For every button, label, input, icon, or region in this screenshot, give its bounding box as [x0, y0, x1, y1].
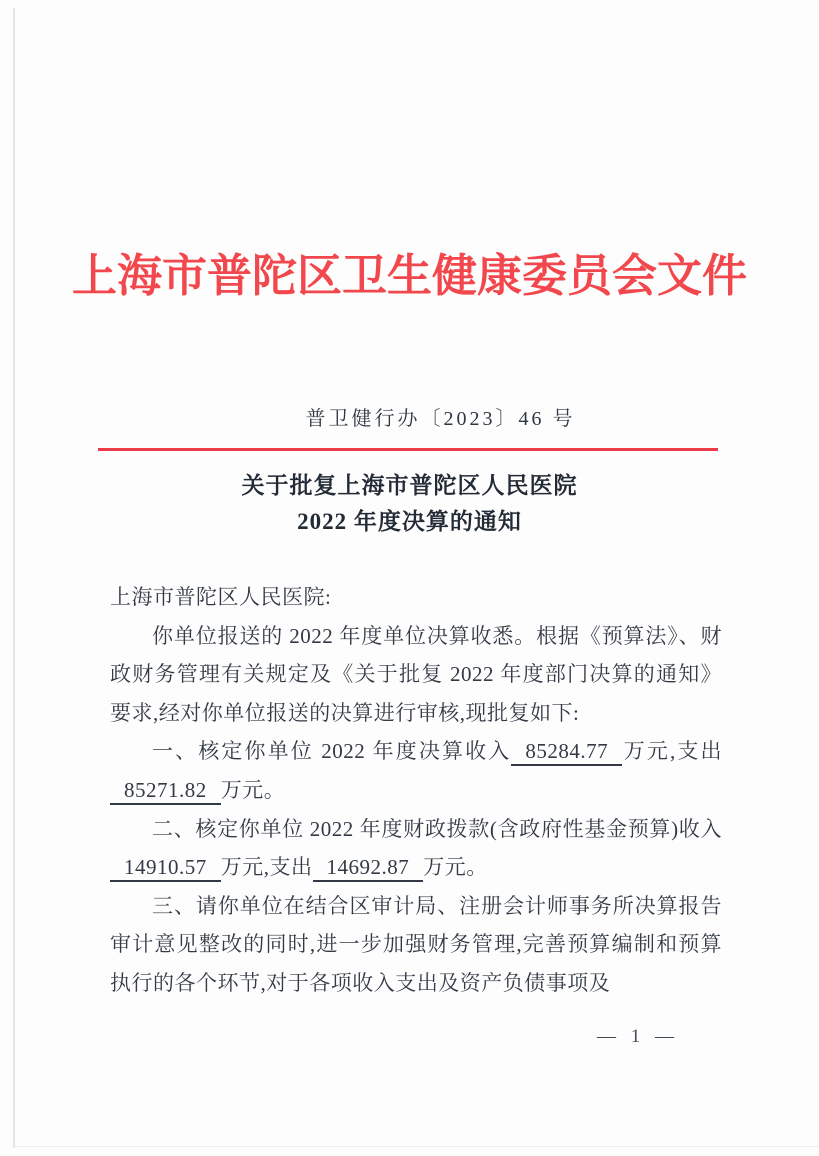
- agency-document-header: 上海市普陀区卫生健康委员会文件: [0, 0, 819, 304]
- item1-text-pre: 一、核定你单位 2022 年度决算收入: [152, 739, 511, 763]
- document-body: 上海市普陀区人民医院: 你单位报送的 2022 年度单位决算收悉。根据《预算法》…: [110, 578, 722, 1003]
- item1-text-post: 万元。: [221, 778, 286, 802]
- page-number: — 1 —: [597, 1026, 679, 1048]
- item1-expense-value: 85271.82: [110, 777, 221, 805]
- item2-expense-value: 14692.87: [313, 854, 424, 882]
- item2-text-post: 万元。: [423, 855, 488, 879]
- document-title-line1: 关于批复上海市普陀区人民医院: [0, 468, 819, 504]
- document-title-line2: 2022 年度决算的通知: [0, 504, 819, 540]
- item2-text-pre: 二、核定你单位 2022 年度财政拨款(含政府性基金预算)收入: [152, 817, 722, 841]
- red-separator-line: [98, 448, 718, 451]
- intro-paragraph: 你单位报送的 2022 年度单位决算收悉。根据《预算法》、财政财务管理有关规定及…: [110, 617, 722, 733]
- scan-page-left-edge: [13, 8, 15, 1148]
- document-page: 上海市普陀区卫生健康委员会文件 普卫健行办〔2023〕46 号 关于批复上海市普…: [0, 0, 819, 1156]
- item1-revenue-value: 85284.77: [511, 738, 622, 766]
- item3-paragraph: 三、请你单位在结合区审计局、注册会计师事务所决算报告审计意见整改的同时,进一步加…: [110, 887, 722, 1003]
- item2-paragraph: 二、核定你单位 2022 年度财政拨款(含政府性基金预算)收入14910.57万…: [110, 810, 722, 887]
- document-number: 普卫健行办〔2023〕46 号: [0, 404, 819, 434]
- item2-text-mid: 万元,支出: [221, 855, 313, 879]
- item1-paragraph: 一、核定你单位 2022 年度决算收入85284.77万元,支出85271.82…: [110, 732, 722, 809]
- item1-text-mid: 万元,支出: [622, 739, 722, 763]
- document-title: 关于批复上海市普陀区人民医院 2022 年度决算的通知: [0, 468, 819, 540]
- item2-revenue-value: 14910.57: [110, 854, 221, 882]
- salutation: 上海市普陀区人民医院:: [110, 578, 722, 617]
- scan-page-bottom-edge: [13, 1146, 819, 1147]
